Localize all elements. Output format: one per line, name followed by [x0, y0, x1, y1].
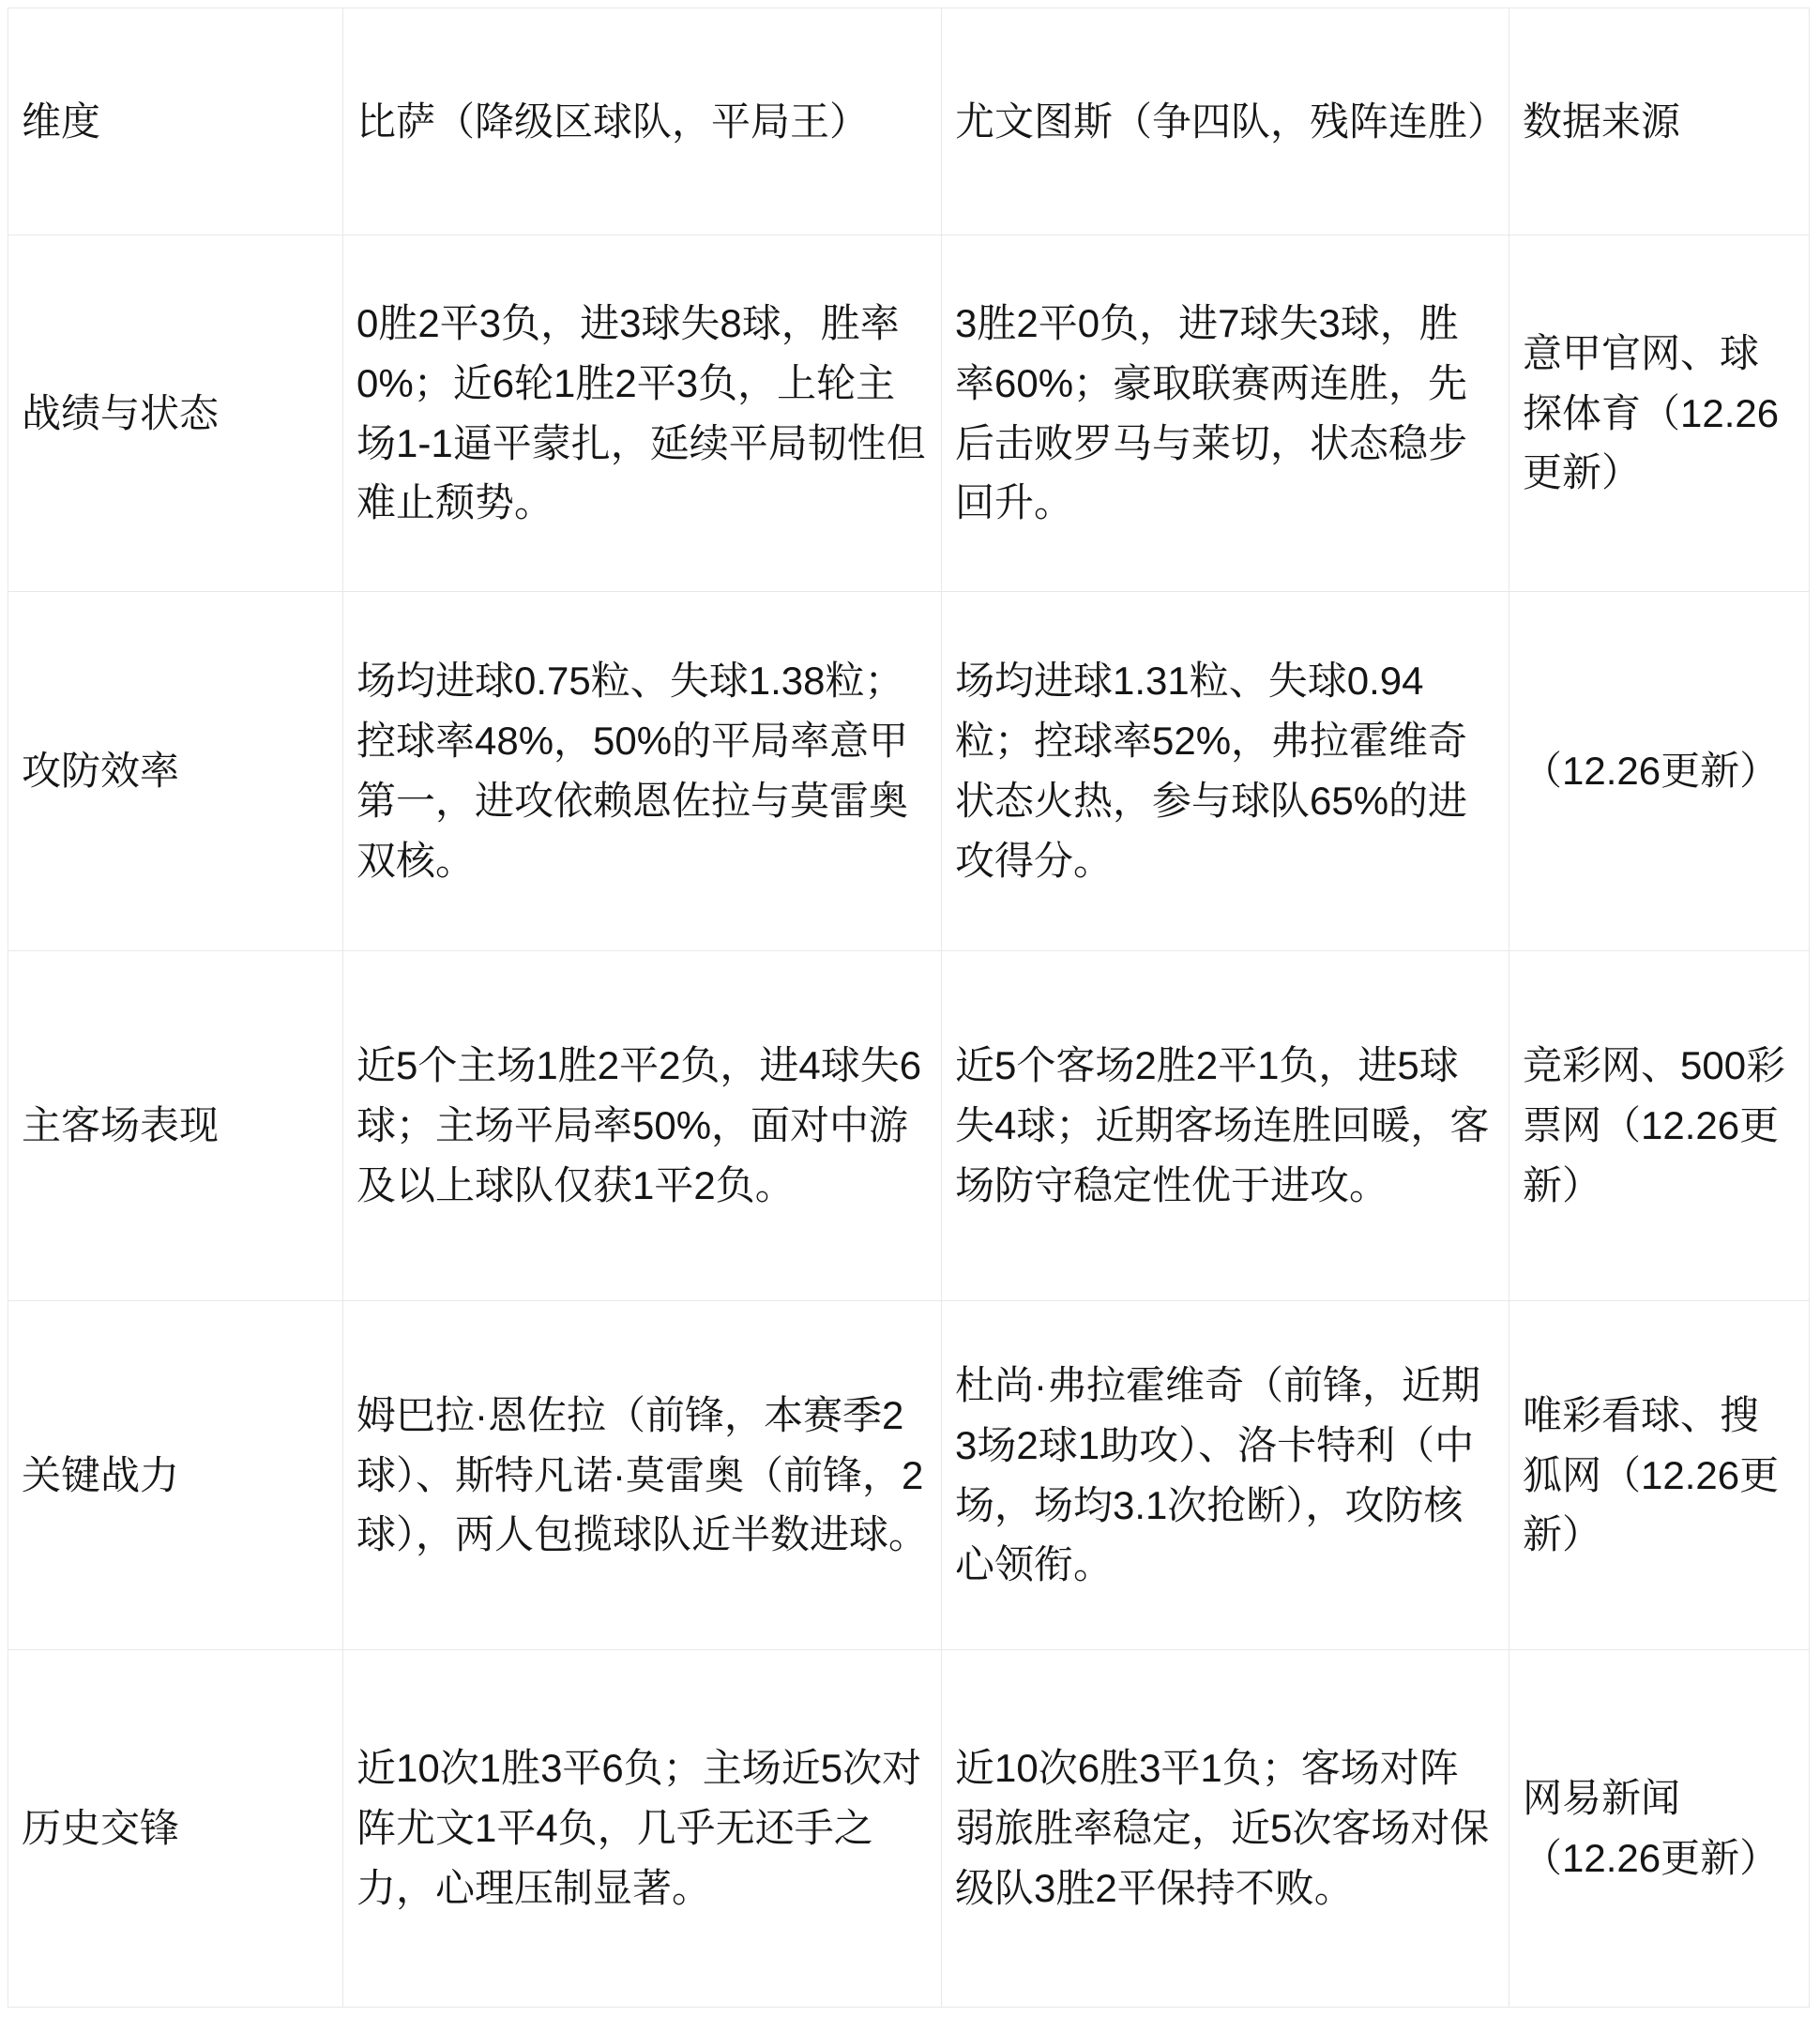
dimension-cell: 战绩与状态 — [8, 235, 343, 592]
pisa-cell: 近5个主场1胜2平2负，进4球失6球；主场平局率50%，面对中游及以上球队仅获1… — [343, 951, 942, 1301]
pisa-cell: 姆巴拉·恩佐拉（前锋，本赛季2球）、斯特凡诺·莫雷奥（前锋，2球），两人包揽球队… — [343, 1301, 942, 1650]
pisa-cell: 场均进球0.75粒、失球1.38粒；控球率48%，50%的平局率意甲第一，进攻依… — [343, 592, 942, 951]
dimension-cell: 主客场表现 — [8, 951, 343, 1301]
pisa-cell: 近10次1胜3平6负；主场近5次对阵尤文1平4负，几乎无还手之力，心理压制显著。 — [343, 1650, 942, 2008]
dimension-cell: 关键战力 — [8, 1301, 343, 1650]
table-row-record-form: 战绩与状态 0胜2平3负，进3球失8球，胜率0%；近6轮1胜2平3负，上轮主场1… — [8, 235, 1810, 592]
column-header-pisa: 比萨（降级区球队，平局王） — [343, 8, 942, 235]
table-row-home-away: 主客场表现 近5个主场1胜2平2负，进4球失6球；主场平局率50%，面对中游及以… — [8, 951, 1810, 1301]
column-header-juventus: 尤文图斯（争四队，残阵连胜） — [942, 8, 1509, 235]
dimension-cell: 历史交锋 — [8, 1650, 343, 2008]
source-cell: （12.26更新） — [1509, 592, 1810, 951]
table-row-head-to-head: 历史交锋 近10次1胜3平6负；主场近5次对阵尤文1平4负，几乎无还手之力，心理… — [8, 1650, 1810, 2008]
juventus-cell: 场均进球1.31粒、失球0.94粒；控球率52%，弗拉霍维奇状态火热，参与球队6… — [942, 592, 1509, 951]
column-header-source: 数据来源 — [1509, 8, 1810, 235]
source-cell: 网易新闻（12.26更新） — [1509, 1650, 1810, 2008]
juventus-cell: 近5个客场2胜2平1负，进5球失4球；近期客场连胜回暖，客场防守稳定性优于进攻。 — [942, 951, 1509, 1301]
column-header-dimension: 维度 — [8, 8, 343, 235]
header-row: 维度 比萨（降级区球队，平局王） 尤文图斯（争四队，残阵连胜） 数据来源 — [8, 8, 1810, 235]
juventus-cell: 3胜2平0负，进7球失3球，胜率60%；豪取联赛两连胜，先后击败罗马与莱切，状态… — [942, 235, 1509, 592]
comparison-table-container: 维度 比萨（降级区球队，平局王） 尤文图斯（争四队，残阵连胜） 数据来源 战绩与… — [8, 8, 1810, 2008]
juventus-cell: 近10次6胜3平1负；客场对阵弱旅胜率稳定，近5次客场对保级队3胜2平保持不败。 — [942, 1650, 1509, 2008]
source-cell: 意甲官网、球探体育（12.26更新） — [1509, 235, 1810, 592]
team-comparison-table: 维度 比萨（降级区球队，平局王） 尤文图斯（争四队，残阵连胜） 数据来源 战绩与… — [8, 8, 1810, 2008]
pisa-cell: 0胜2平3负，进3球失8球，胜率0%；近6轮1胜2平3负，上轮主场1-1逼平蒙扎… — [343, 235, 942, 592]
source-cell: 唯彩看球、搜狐网（12.26更新） — [1509, 1301, 1810, 1650]
dimension-cell: 攻防效率 — [8, 592, 343, 951]
juventus-cell: 杜尚·弗拉霍维奇（前锋，近期3场2球1助攻）、洛卡特利（中场，场均3.1次抢断）… — [942, 1301, 1509, 1650]
source-cell: 竞彩网、500彩票网（12.26更新） — [1509, 951, 1810, 1301]
table-row-key-players: 关键战力 姆巴拉·恩佐拉（前锋，本赛季2球）、斯特凡诺·莫雷奥（前锋，2球），两… — [8, 1301, 1810, 1650]
table-row-attack-defense: 攻防效率 场均进球0.75粒、失球1.38粒；控球率48%，50%的平局率意甲第… — [8, 592, 1810, 951]
